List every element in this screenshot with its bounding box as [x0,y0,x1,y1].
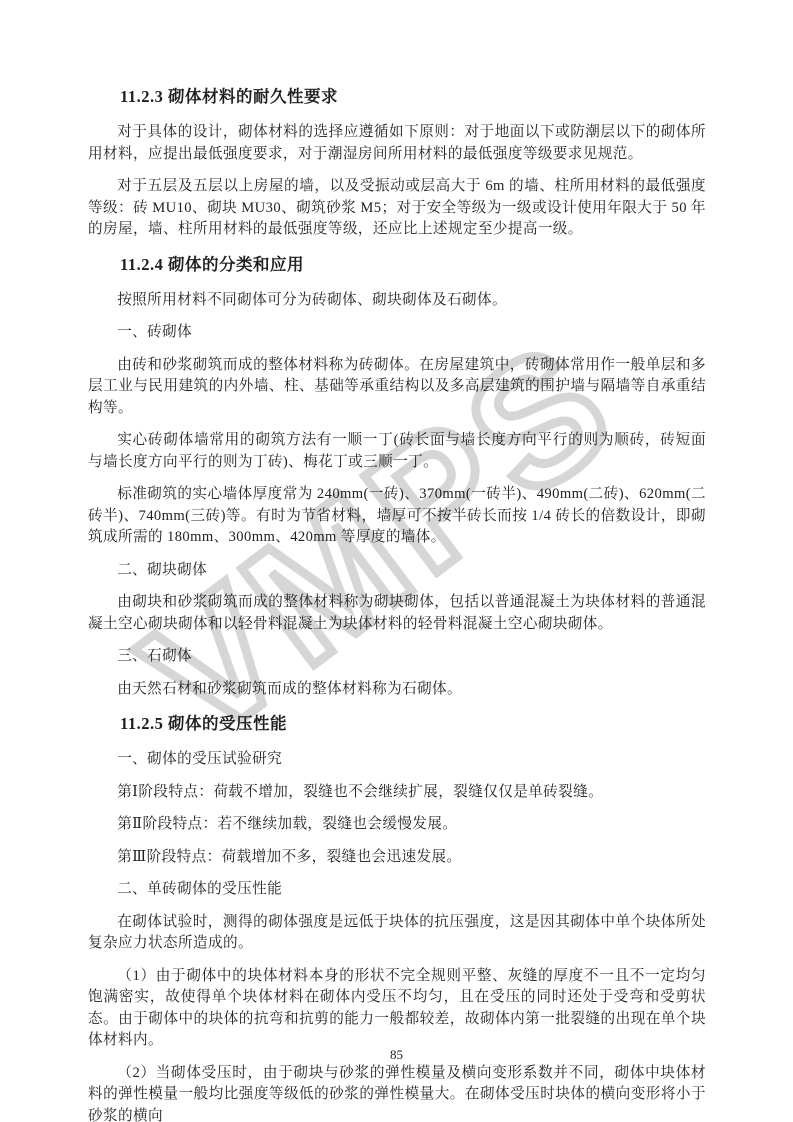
paragraph: 由天然石材和砂浆砌筑而成的整体材料称为石砌体。 [88,679,706,701]
paragraph: 对于具体的设计，砌体材料的选择应遵循如下原则：对于地面以下或防潮层以下的砌体所用… [88,122,706,165]
heading-11-2-3: 11.2.3 砌体材料的耐久性要求 [88,86,706,108]
page-footer: 85 [0,1046,793,1064]
document-body: 11.2.3 砌体材料的耐久性要求 对于具体的设计，砌体材料的选择应遵循如下原则… [0,0,793,1122]
paragraph: 实心砖砌体墙常用的砌筑方法有一顺一丁(砖长面与墙长度方向平行的则为顺砖，砖短面与… [88,430,706,473]
paragraph: 由砖和砂浆砌筑而成的整体材料称为砖砌体。在房屋建筑中，砖砌体常用作一般单层和多层… [88,355,706,420]
paragraph: 第Ⅰ阶段特点：荷载不增加，裂缝也不会继续扩展，裂缝仅仅是单砖裂缝。 [88,782,706,804]
paragraph: 标准砌筑的实心墙体厚度常为 240mm(一砖)、370mm(一砖半)、490mm… [88,484,706,549]
paragraph: 对于五层及五层以上房屋的墙，以及受振动或层高大于 6m 的墙、柱所用材料的最低强… [88,176,706,241]
subheading-stone-masonry: 三、石砌体 [88,646,706,668]
paragraph: 按照所用材料不同砌体可分为砖砌体、砌块砌体及石砌体。 [88,290,706,312]
paragraph: 第Ⅲ阶段特点：荷载增加不多，裂缝也会迅速发展。 [88,847,706,869]
paragraph: （2）当砌体受压时，由于砌块与砂浆的弹性模量及横向变形系数并不同，砌体中块体材料… [88,1063,706,1122]
subheading-single-brick-compression: 二、单砖砌体的受压性能 [88,879,706,901]
subheading-brick-masonry: 一、砖砌体 [88,322,706,344]
heading-11-2-5: 11.2.5 砌体的受压性能 [88,713,706,735]
heading-11-2-4: 11.2.4 砌体的分类和应用 [88,254,706,276]
page-number: 85 [390,1047,403,1062]
subheading-compression-test: 一、砌体的受压试验研究 [88,749,706,771]
paragraph: 第Ⅱ阶段特点：若不继续加载，裂缝也会缓慢发展。 [88,814,706,836]
paragraph: 由砌块和砂浆砌筑而成的整体材料称为砌块砌体，包括以普通混凝土为块体材料的普通混凝… [88,592,706,635]
document-page: VMPS 11.2.3 砌体材料的耐久性要求 对于具体的设计，砌体材料的选择应遵… [0,0,793,1122]
paragraph: （1）由于砌体中的块体材料本身的形状不完全规则平整、灰缝的厚度不一且不一定均匀饱… [88,966,706,1052]
paragraph: 在砌体试验时，测得的砌体强度是远低于块体的抗压强度，这是因其砌体中单个块体所处复… [88,912,706,955]
subheading-block-masonry: 二、砌块砌体 [88,560,706,582]
